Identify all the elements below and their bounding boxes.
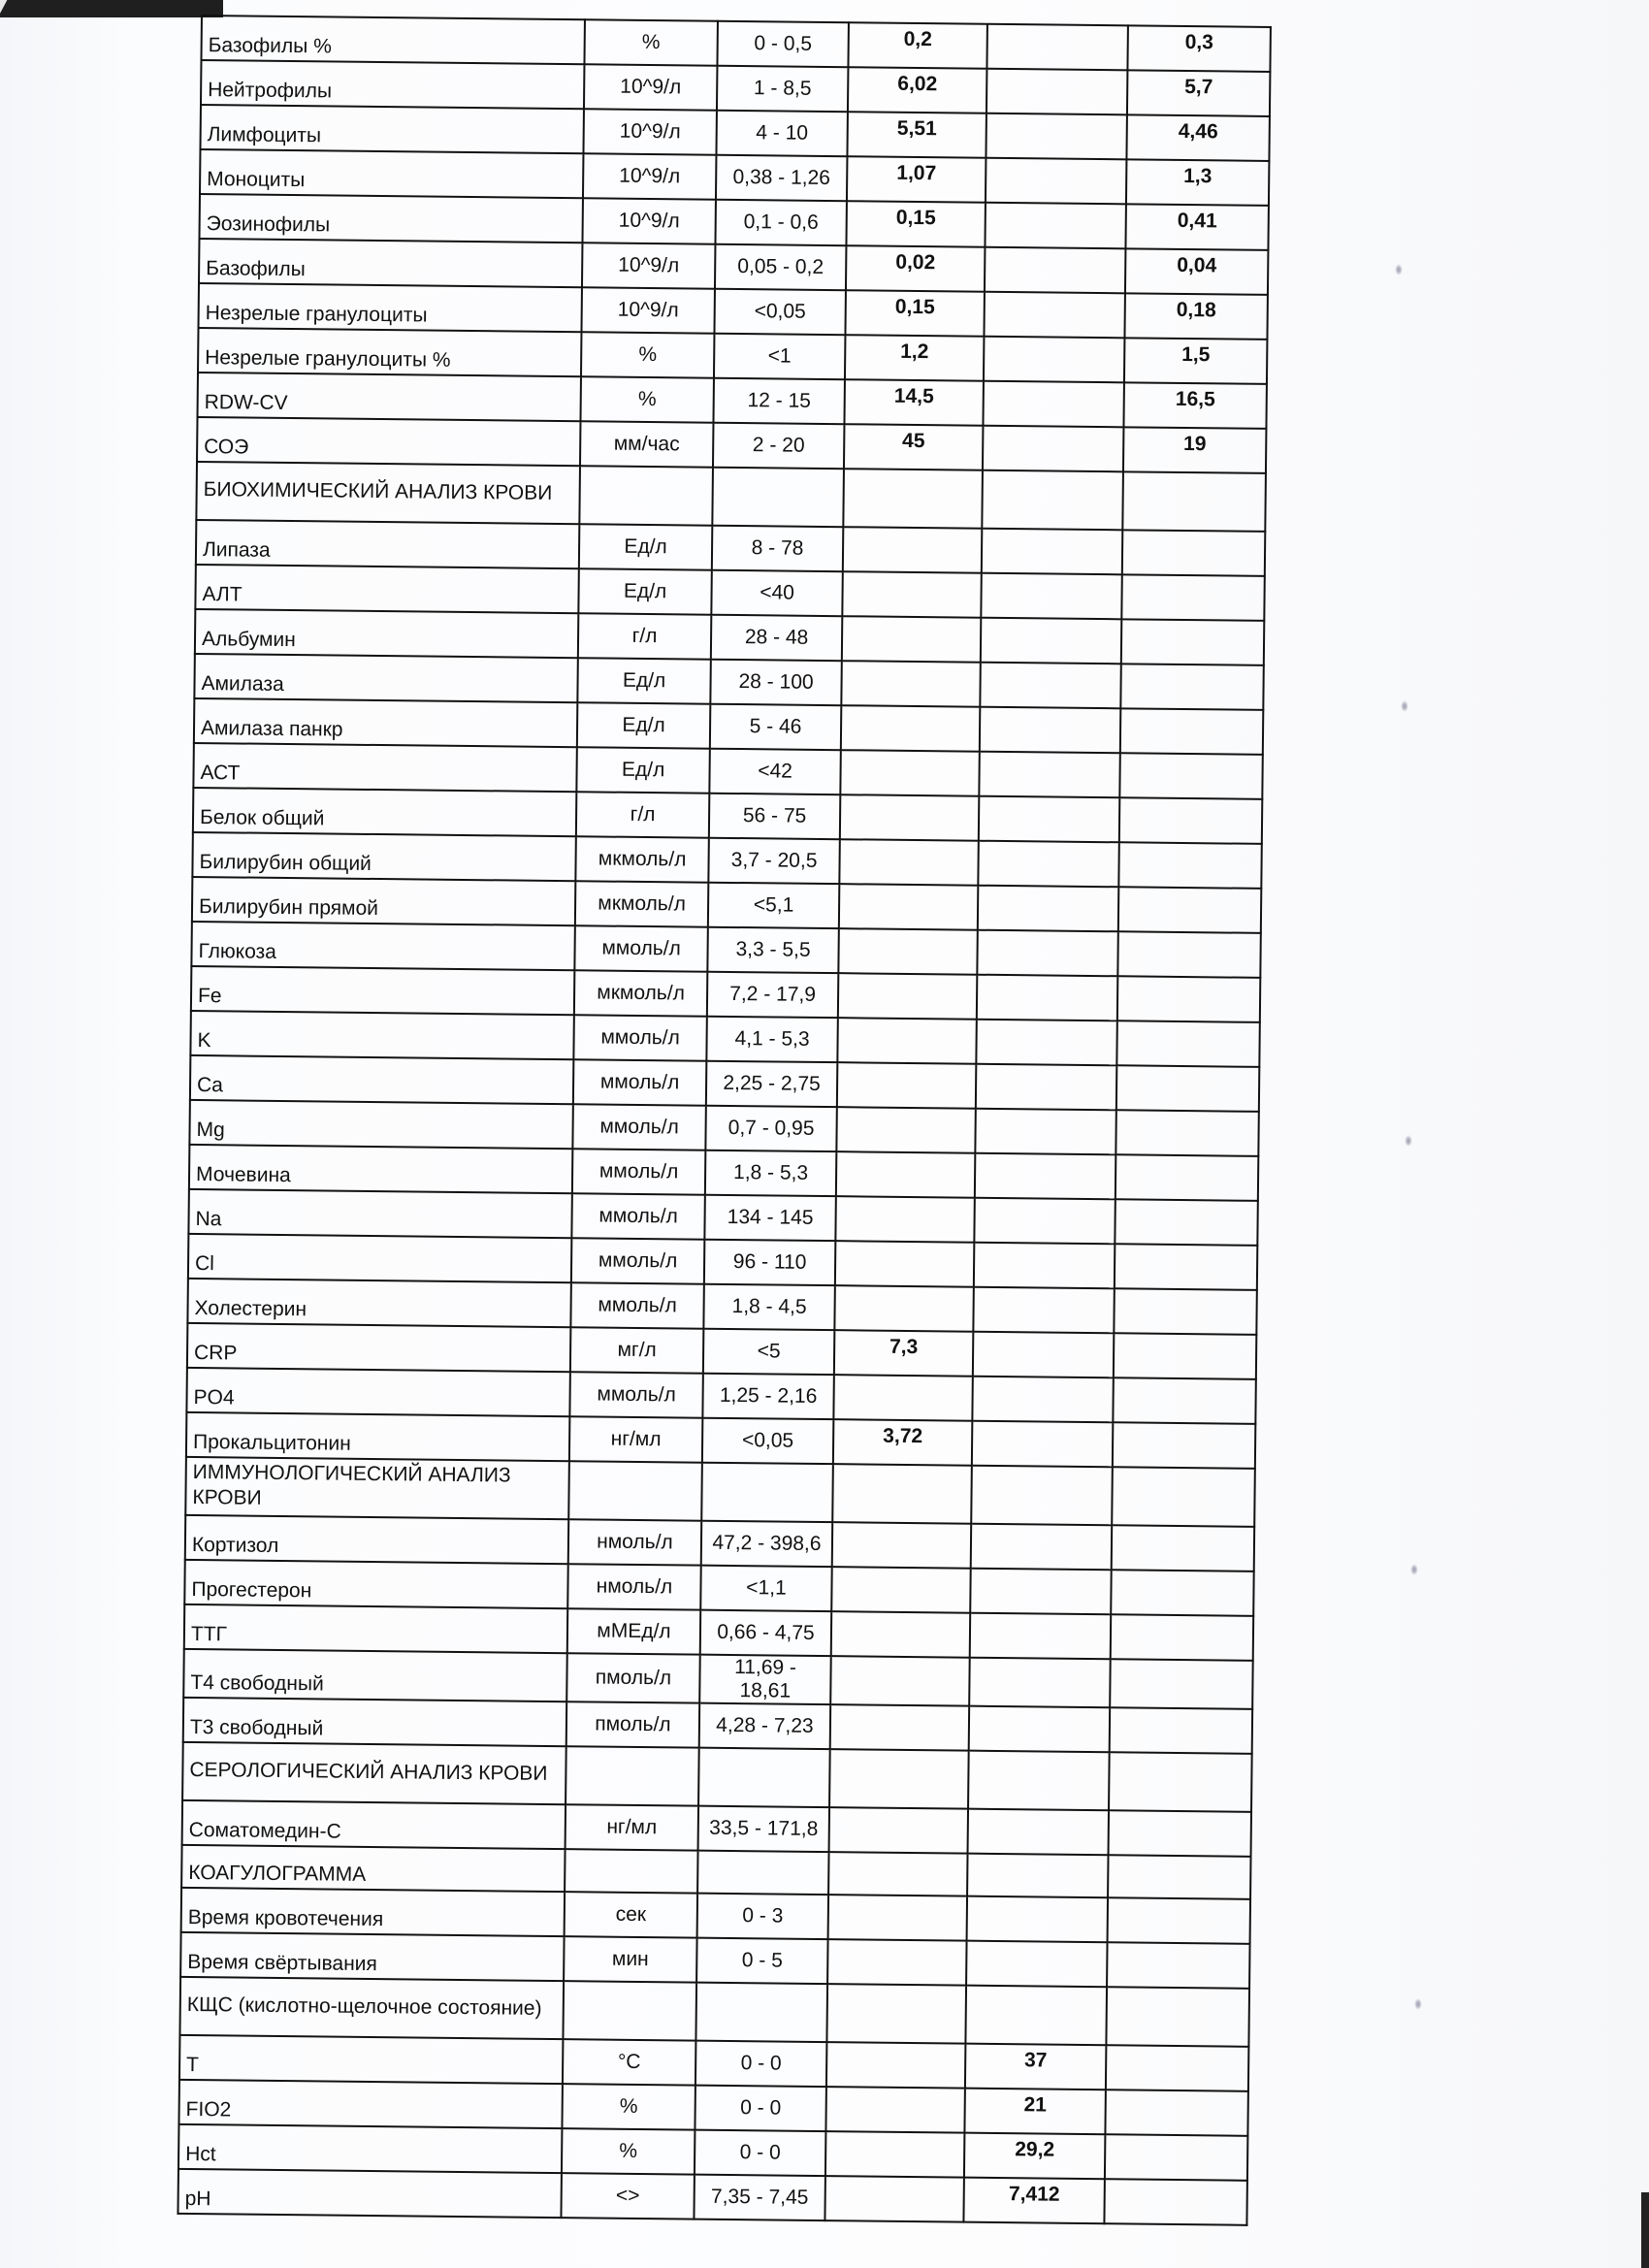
result-value-2 <box>983 381 1123 428</box>
result-value-3 <box>1111 1570 1253 1616</box>
test-unit: ммоль/л <box>571 1193 704 1239</box>
result-value-2 <box>986 113 1126 160</box>
reference-range: 56 - 75 <box>709 794 840 839</box>
test-unit: % <box>580 376 713 422</box>
empty-cell <box>695 1983 827 2042</box>
test-unit: Ед/л <box>579 524 712 569</box>
result-value-1 <box>837 1062 976 1109</box>
result-value-1 <box>831 1567 970 1613</box>
test-unit: пмоль/л <box>566 1653 700 1702</box>
reference-range: 3,7 - 20,5 <box>708 838 839 884</box>
test-name: Т4 свободный <box>183 1649 567 1701</box>
result-value-3 <box>1119 753 1262 799</box>
empty-cell <box>579 466 713 525</box>
test-unit: нмоль/л <box>568 1519 701 1565</box>
test-unit: Ед/л <box>578 568 711 614</box>
result-value-3 <box>1116 1065 1259 1112</box>
test-name: Кортизол <box>185 1515 568 1564</box>
test-unit: % <box>562 2128 695 2174</box>
result-value-1: 1,2 <box>845 335 984 381</box>
result-value-2 <box>977 975 1117 1021</box>
test-name: Лимфоциты <box>200 105 583 153</box>
result-value-3: 1,3 <box>1126 159 1269 206</box>
reference-range: 4 - 10 <box>716 111 847 156</box>
result-value-1: 0,15 <box>846 201 985 247</box>
scan-speck <box>1414 1998 1422 2010</box>
reference-range: 0 - 3 <box>697 1894 828 1939</box>
result-value-1 <box>835 1241 974 1287</box>
result-value-3: 5,7 <box>1127 70 1270 116</box>
result-value-1 <box>827 1939 966 1986</box>
result-value-2 <box>969 1658 1111 1708</box>
reference-range: 4,28 - 7,23 <box>699 1703 830 1749</box>
reference-range: 3,3 - 5,5 <box>707 927 838 973</box>
empty-cell <box>829 1749 969 1809</box>
result-value-3 <box>1108 1897 1250 1944</box>
result-value-2 <box>976 1064 1116 1111</box>
reference-range: 8 - 78 <box>712 526 843 571</box>
test-name: Время свёртывания <box>180 1932 564 1981</box>
result-value-2 <box>984 292 1124 339</box>
test-unit: нг/мл <box>569 1416 702 1462</box>
result-value-2 <box>971 1524 1112 1571</box>
result-value-1 <box>839 839 978 886</box>
reference-range: 28 - 100 <box>710 660 841 705</box>
test-name: Липаза <box>196 520 579 568</box>
result-value-2 <box>985 247 1125 294</box>
test-name: PO4 <box>186 1368 569 1416</box>
test-unit: °C <box>563 2039 695 2085</box>
test-name: Холестерин <box>187 1279 570 1327</box>
result-value-1: 1,07 <box>847 156 986 203</box>
result-value-1 <box>834 1285 973 1332</box>
reference-range: <1,1 <box>700 1566 831 1611</box>
result-value-3: 0,41 <box>1125 204 1268 250</box>
result-value-1: 6,02 <box>848 67 986 113</box>
test-name: Билирубин прямой <box>192 877 575 925</box>
reference-range: <1 <box>714 334 845 379</box>
result-value-1 <box>826 2042 965 2089</box>
test-name: CRP <box>187 1323 570 1372</box>
result-value-2 <box>973 1332 1114 1378</box>
empty-cell <box>968 1751 1110 1811</box>
result-value-2 <box>975 1153 1115 1200</box>
result-value-2 <box>970 1613 1111 1660</box>
result-value-1 <box>824 2176 963 2222</box>
result-value-1: 3,72 <box>833 1419 972 1466</box>
result-value-1: 7,3 <box>834 1330 973 1377</box>
test-unit: мкмоль/л <box>575 881 708 926</box>
result-value-3 <box>1105 2134 1247 2181</box>
test-unit: мг/л <box>570 1327 703 1373</box>
result-value-3 <box>1120 664 1263 710</box>
result-value-1 <box>840 794 979 841</box>
result-value-1: 45 <box>844 424 983 470</box>
empty-cell <box>971 1466 1113 1526</box>
result-value-3 <box>1115 1154 1258 1201</box>
lab-results-table-wrap: Базофилы %%0 - 0,50,20,3Нейтрофилы10^9/л… <box>177 15 1269 2226</box>
test-unit: ммоль/л <box>574 925 707 971</box>
result-value-3 <box>1114 1288 1256 1335</box>
test-name: Na <box>188 1189 571 1238</box>
scanned-page: Базофилы %%0 - 0,50,20,3Нейтрофилы10^9/л… <box>0 0 1649 2268</box>
test-name: ТТГ <box>184 1604 567 1653</box>
result-value-1 <box>835 1196 974 1243</box>
result-value-2 <box>981 618 1121 664</box>
result-value-3 <box>1112 1525 1254 1571</box>
result-value-2 <box>974 1243 1115 1289</box>
test-name: Белок общий <box>193 788 576 836</box>
empty-cell <box>698 1748 830 1807</box>
result-value-3: 16,5 <box>1123 382 1266 429</box>
reference-range: 0 - 0 <box>695 2086 825 2131</box>
result-value-1 <box>843 527 982 573</box>
reference-range: 0,7 - 0,95 <box>705 1106 836 1151</box>
result-value-1 <box>842 616 981 663</box>
test-unit: 10^9/л <box>582 198 715 243</box>
result-value-1 <box>842 571 981 618</box>
result-value-2 <box>970 1569 1111 1615</box>
reference-range: 5 - 46 <box>710 704 841 750</box>
result-value-3 <box>1113 1422 1255 1469</box>
section-title: КЩС (кислотно-щелочное состояние) <box>179 1977 564 2039</box>
result-value-3: 19 <box>1123 427 1266 473</box>
result-value-1: 0,02 <box>846 245 985 292</box>
result-value-1 <box>838 973 977 1020</box>
test-name: Базофилы <box>199 239 582 287</box>
reference-range: 12 - 15 <box>713 378 844 424</box>
result-value-1 <box>840 750 979 796</box>
empty-cell <box>1109 1752 1252 1812</box>
test-unit: Ед/л <box>577 658 710 703</box>
test-unit: ммоль/л <box>572 1149 705 1194</box>
section-title: КОАГУЛОГРАММА <box>181 1845 565 1892</box>
test-name: Альбумин <box>195 609 578 658</box>
result-value-2 <box>975 1109 1115 1155</box>
result-value-1: 0,15 <box>845 290 984 337</box>
result-value-3: 0,18 <box>1124 293 1267 340</box>
empty-cell <box>1122 471 1266 532</box>
result-value-3 <box>1118 842 1261 889</box>
scan-speck <box>1395 264 1403 275</box>
result-value-3 <box>1109 1810 1251 1857</box>
result-value-1 <box>841 661 980 707</box>
empty-cell <box>568 1461 702 1520</box>
result-value-3 <box>1121 574 1264 621</box>
section-title: СЕРОЛОГИЧЕСКИЙ АНАЛИЗ КРОВИ <box>182 1742 566 1804</box>
test-name: pH <box>178 2169 561 2218</box>
reference-range: 0,38 - 1,26 <box>716 155 847 201</box>
test-unit: мин <box>564 1936 696 1982</box>
result-value-2 <box>979 752 1119 798</box>
result-value-2: 29,2 <box>964 2133 1105 2180</box>
result-value-2 <box>980 707 1120 754</box>
result-value-1 <box>839 884 978 930</box>
result-value-1 <box>830 1704 969 1751</box>
test-name: Fe <box>191 966 574 1015</box>
result-value-2 <box>974 1198 1115 1245</box>
test-name: Нейтрофилы <box>201 60 584 109</box>
test-name: FIO2 <box>178 2080 562 2128</box>
empty-cell <box>826 1984 966 2044</box>
result-value-3 <box>1113 1377 1255 1424</box>
reference-range: 0 - 0,5 <box>717 21 848 67</box>
test-unit: ммоль/л <box>571 1238 704 1283</box>
result-value-3 <box>1117 931 1260 978</box>
test-name: Прокальцитонин <box>186 1412 569 1461</box>
empty-cell <box>1106 1987 1249 2047</box>
result-value-2 <box>983 426 1123 472</box>
result-value-2 <box>966 1941 1107 1988</box>
empty-cell <box>828 1852 967 1896</box>
result-value-1 <box>829 1807 968 1854</box>
reference-range: 11,69 - 18,61 <box>699 1655 831 1704</box>
result-value-2 <box>973 1287 1114 1334</box>
reference-range: <5 <box>703 1329 834 1375</box>
test-name: Hct <box>178 2124 562 2173</box>
result-value-2: 37 <box>965 2044 1106 2090</box>
test-name: Незрелые гранулоциты % <box>198 328 581 376</box>
result-value-3 <box>1115 1199 1257 1246</box>
empty-cell <box>1112 1467 1255 1527</box>
test-name: Соматомедин-С <box>182 1800 566 1849</box>
result-value-3 <box>1120 708 1263 755</box>
result-value-2 <box>972 1377 1113 1423</box>
result-value-2 <box>986 69 1127 115</box>
result-value-3 <box>1114 1333 1256 1379</box>
result-value-3 <box>1119 797 1262 844</box>
result-value-3 <box>1111 1614 1253 1661</box>
test-unit: г/л <box>576 792 709 837</box>
reference-range: 1,8 - 5,3 <box>705 1150 836 1196</box>
reference-range: 2 - 20 <box>713 423 844 469</box>
result-value-3 <box>1107 1942 1249 1989</box>
scan-speck <box>1405 1135 1412 1147</box>
reference-range: <40 <box>711 570 842 616</box>
result-value-2 <box>980 663 1120 709</box>
test-unit: мкмоль/л <box>575 836 708 882</box>
test-unit: ммоль/л <box>572 1104 705 1150</box>
result-value-2 <box>978 841 1118 888</box>
test-unit: пмоль/л <box>566 1701 699 1747</box>
test-unit: % <box>584 19 717 65</box>
reference-range: 0,66 - 4,75 <box>700 1610 831 1656</box>
scan-speck <box>1401 700 1408 712</box>
page-fold <box>0 0 21 282</box>
result-value-1: 0,2 <box>848 22 986 69</box>
result-value-2 <box>978 886 1118 932</box>
scan-edge <box>1641 2192 1649 2268</box>
reference-range: 28 - 48 <box>711 615 842 661</box>
table-body: Базофилы %%0 - 0,50,20,3Нейтрофилы10^9/л… <box>178 16 1270 2225</box>
scan-speck <box>1410 1564 1418 1575</box>
result-value-1 <box>830 1656 970 1706</box>
result-value-2 <box>977 930 1117 977</box>
test-name: Мочевина <box>189 1145 572 1193</box>
test-name: Прогестерон <box>184 1560 567 1608</box>
test-name: Базофилы % <box>201 16 584 64</box>
reference-range: 47,2 - 398,6 <box>701 1521 832 1567</box>
lab-results-table: Базофилы %%0 - 0,50,20,3Нейтрофилы10^9/л… <box>177 15 1271 2226</box>
result-value-2 <box>985 203 1125 249</box>
test-unit: 10^9/л <box>581 287 714 333</box>
test-unit: 10^9/л <box>582 243 715 288</box>
test-name: Mg <box>189 1100 572 1149</box>
empty-cell <box>843 469 983 529</box>
result-value-1 <box>831 1611 970 1658</box>
empty-cell <box>566 1746 699 1805</box>
test-name: АЛТ <box>195 565 578 613</box>
reference-range: 33,5 - 171,8 <box>698 1806 829 1852</box>
test-unit: ммоль/л <box>573 1059 706 1105</box>
result-value-2 <box>984 337 1124 383</box>
test-name: T <box>179 2035 563 2084</box>
result-value-2 <box>967 1896 1108 1943</box>
test-unit: нмоль/л <box>567 1564 700 1609</box>
result-value-1 <box>841 705 980 752</box>
test-name: Амилаза панкр <box>194 698 577 747</box>
test-unit: 10^9/л <box>584 64 717 110</box>
test-name: K <box>190 1011 573 1059</box>
reference-range: 0,05 - 0,2 <box>715 244 846 290</box>
test-name: Глюкоза <box>191 922 574 970</box>
test-name: Моноциты <box>200 149 583 198</box>
result-value-1 <box>837 1018 976 1064</box>
test-unit: Ед/л <box>576 747 709 793</box>
reference-range: 1,25 - 2,16 <box>702 1374 833 1419</box>
reference-range: 7,35 - 7,45 <box>694 2175 824 2220</box>
result-value-2 <box>976 1020 1116 1066</box>
scan-dark-corner <box>0 0 223 17</box>
reference-range: 0 - 0 <box>695 2041 826 2087</box>
test-name: Эозинофилы <box>200 194 583 243</box>
test-unit: % <box>581 332 714 377</box>
reference-range: 4,1 - 5,3 <box>706 1017 837 1062</box>
reference-range: 134 - 145 <box>704 1195 835 1241</box>
test-unit: нг/мл <box>566 1804 698 1850</box>
test-name: Незрелые гранулоциты <box>199 283 582 332</box>
result-value-3 <box>1105 2090 1247 2136</box>
reference-range: 7,2 - 17,9 <box>707 972 838 1018</box>
empty-cell <box>1108 1855 1250 1899</box>
reference-range: 0 - 5 <box>696 1938 827 1984</box>
test-name: Ca <box>190 1055 573 1104</box>
reference-range: 96 - 110 <box>704 1240 835 1285</box>
result-value-2 <box>986 24 1127 71</box>
result-value-3 <box>1115 1110 1258 1156</box>
reference-range: 1 - 8,5 <box>717 66 848 112</box>
reference-range: <0,05 <box>714 289 845 335</box>
result-value-1: 14,5 <box>844 379 983 426</box>
test-name: RDW-CV <box>198 373 581 421</box>
empty-cell <box>982 470 1123 531</box>
result-value-1 <box>836 1107 975 1153</box>
test-unit: г/л <box>578 613 711 659</box>
result-value-3 <box>1115 1244 1257 1290</box>
test-unit: сек <box>565 1892 697 1937</box>
result-value-1: 5,51 <box>847 112 986 158</box>
test-name: Т3 свободный <box>183 1698 566 1746</box>
test-name: АСТ <box>193 743 576 792</box>
empty-cell <box>967 1854 1108 1898</box>
test-name: СОЭ <box>197 417 580 466</box>
reference-range: <5,1 <box>708 883 839 928</box>
result-value-3 <box>1117 976 1260 1022</box>
result-value-3 <box>1104 2179 1246 2225</box>
test-unit: мкмоль/л <box>574 970 707 1016</box>
result-value-2 <box>972 1421 1113 1468</box>
result-value-2 <box>969 1706 1110 1753</box>
empty-cell <box>697 1851 828 1895</box>
result-value-2 <box>982 529 1122 575</box>
test-unit: ммоль/л <box>573 1015 706 1060</box>
reference-range: 1,8 - 4,5 <box>703 1284 834 1330</box>
result-value-1 <box>836 1151 975 1198</box>
empty-cell <box>832 1464 972 1524</box>
result-value-3 <box>1110 1659 1253 1709</box>
test-unit: % <box>562 2084 695 2129</box>
result-value-1 <box>828 1895 967 1941</box>
empty-cell <box>965 1986 1107 2046</box>
test-unit: ммоль/л <box>569 1372 702 1417</box>
result-value-1 <box>838 928 977 975</box>
result-value-2 <box>986 158 1126 205</box>
result-value-3: 4,46 <box>1126 114 1269 161</box>
empty-cell <box>701 1463 833 1522</box>
result-value-3 <box>1106 2045 1248 2091</box>
result-value-1 <box>832 1522 971 1569</box>
test-name: Амилаза <box>194 654 577 702</box>
section-title: БИОХИМИЧЕСКИЙ АНАЛИЗ КРОВИ <box>196 462 580 524</box>
result-value-3 <box>1122 530 1265 576</box>
result-value-1 <box>825 2131 964 2178</box>
test-unit: Ед/л <box>577 702 710 748</box>
result-value-3: 1,5 <box>1124 338 1267 384</box>
reference-range: 0 - 0 <box>695 2130 825 2176</box>
test-unit: ммоль/л <box>570 1282 703 1328</box>
result-value-3 <box>1110 1707 1252 1754</box>
empty-cell <box>565 1849 697 1893</box>
result-value-3 <box>1121 619 1264 665</box>
result-value-2: 21 <box>964 2089 1105 2135</box>
result-value-2: 7,412 <box>963 2178 1104 2224</box>
reference-range: <0,05 <box>702 1418 833 1464</box>
test-name: Билирубин общий <box>192 832 575 881</box>
result-value-3: 0,04 <box>1125 248 1268 295</box>
result-value-2 <box>981 573 1121 620</box>
test-unit: мМЕд/л <box>567 1608 700 1654</box>
reference-range: 2,25 - 2,75 <box>706 1061 837 1107</box>
test-unit: мм/час <box>580 421 713 467</box>
test-unit: 10^9/л <box>583 153 716 199</box>
result-value-3 <box>1118 887 1261 933</box>
test-name: Cl <box>188 1234 571 1282</box>
result-value-2 <box>979 796 1119 843</box>
section-title: ИММУНОЛОГИЧЕСКИЙ АНАЛИЗ КРОВИ <box>185 1457 569 1519</box>
test-name: Время кровотечения <box>181 1888 565 1936</box>
reference-range: 0,1 - 0,6 <box>715 200 846 245</box>
result-value-1 <box>833 1375 972 1421</box>
result-value-2 <box>968 1809 1109 1856</box>
result-value-3 <box>1116 1021 1259 1067</box>
result-value-3: 0,3 <box>1127 25 1270 72</box>
empty-cell <box>712 468 844 527</box>
result-value-1 <box>825 2087 964 2133</box>
reference-range: <42 <box>709 749 840 794</box>
empty-cell <box>563 1981 696 2040</box>
test-unit: 10^9/л <box>583 109 716 154</box>
test-unit: <> <box>561 2173 694 2219</box>
